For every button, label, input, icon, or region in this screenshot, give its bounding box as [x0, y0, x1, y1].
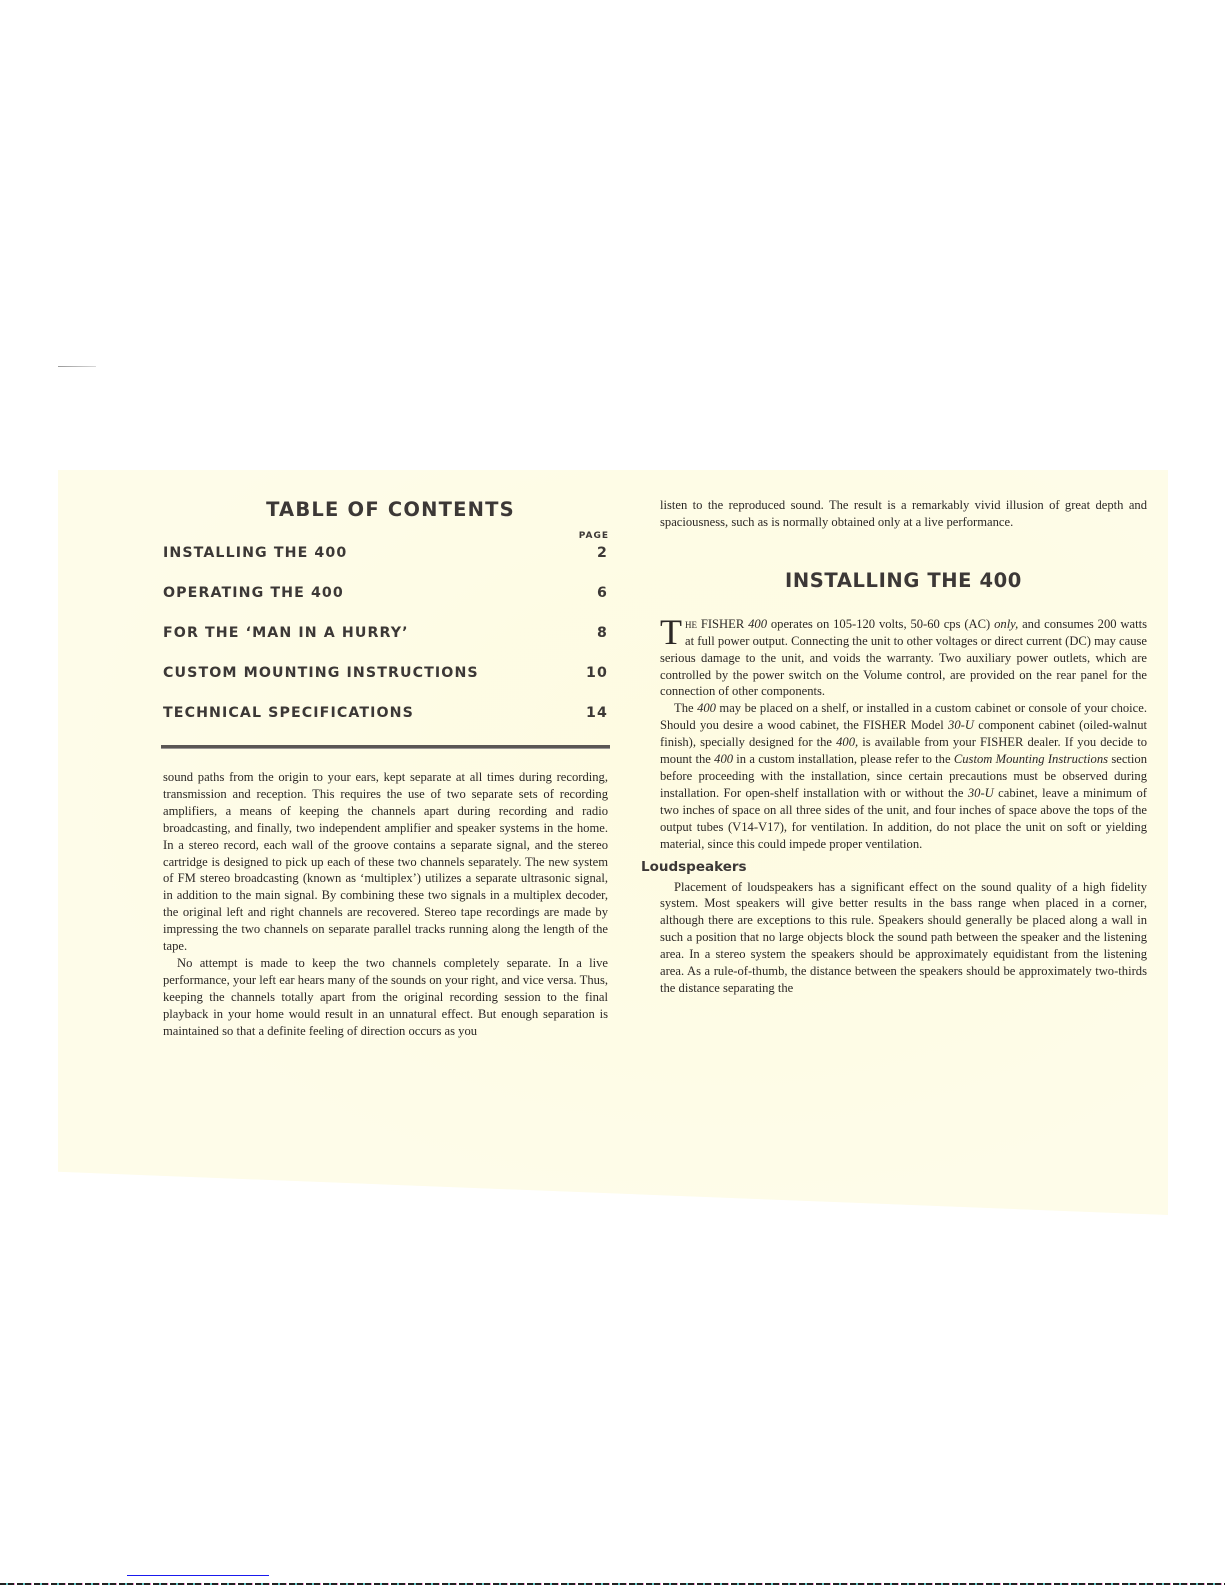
toc-entry-page: 10 — [586, 665, 608, 681]
toc-entry-label: CUSTOM MOUNTING INSTRUCTIONS — [163, 665, 479, 681]
toc-entry-label: INSTALLING THE 400 — [163, 545, 347, 561]
body-paragraph: listen to the reproduced sound. The resu… — [660, 497, 1147, 531]
toc-entry[interactable]: FOR THE ‘MAN IN A HURRY’ 8 — [163, 625, 608, 665]
toc-entry[interactable]: INSTALLING THE 400 2 — [163, 545, 608, 585]
toc-entry[interactable]: OPERATING THE 400 6 — [163, 585, 608, 625]
body-paragraph: Placement of loudspeakers has a signific… — [660, 879, 1147, 997]
toc-entry-page: 6 — [597, 585, 608, 601]
section-title: INSTALLING THE 400 — [660, 569, 1147, 592]
install-paragraph-1: The FISHER 400 operates on 105-120 volts… — [660, 616, 1147, 701]
body-paragraph: sound paths from the origin to your ears… — [163, 769, 608, 955]
toc-entry[interactable]: CUSTOM MOUNTING INSTRUCTIONS 10 — [163, 665, 608, 705]
toc-entry-page: 14 — [586, 705, 608, 721]
link-underline[interactable] — [127, 1575, 269, 1576]
toc-entry-label: FOR THE ‘MAN IN A HURRY’ — [163, 625, 409, 641]
toc-entry-page: 2 — [597, 545, 608, 561]
install-paragraph-2: The 400 may be placed on a shelf, or ins… — [660, 700, 1147, 852]
toc-list: INSTALLING THE 400 2 OPERATING THE 400 6… — [163, 545, 608, 745]
toc-page-header: PAGE — [163, 531, 609, 541]
body-paragraph: No attempt is made to keep the two chann… — [163, 955, 608, 1040]
scan-artifact-line — [58, 366, 96, 367]
right-column: listen to the reproduced sound. The resu… — [660, 497, 1147, 997]
toc-entry-label: OPERATING THE 400 — [163, 585, 344, 601]
toc-entry[interactable]: TECHNICAL SPECIFICATIONS 14 — [163, 705, 608, 745]
left-column: TABLE OF CONTENTS PAGE INSTALLING THE 40… — [163, 498, 608, 1040]
drop-cap: T — [660, 617, 682, 647]
toc-divider — [161, 745, 610, 749]
toc-title: TABLE OF CONTENTS — [163, 498, 608, 521]
toc-entry-label: TECHNICAL SPECIFICATIONS — [163, 705, 414, 721]
subsection-title: Loudspeakers — [641, 859, 1147, 875]
toc-entry-page: 8 — [597, 625, 608, 641]
